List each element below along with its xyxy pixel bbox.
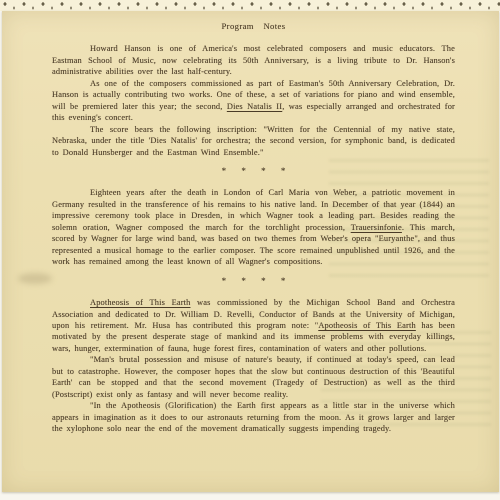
section-separator: * * * * <box>52 276 455 287</box>
paragraph: "In the Apotheosis (Glorification) the E… <box>52 400 455 434</box>
paper-sheet: Program NotesHoward Hanson is one of Ame… <box>2 11 499 492</box>
paragraph: Howard Hanson is one of America's most c… <box>52 43 455 77</box>
underlined-text: Apotheosis of This Earth <box>318 321 415 330</box>
underlined-text: Apotheosis of This Earth <box>90 298 190 307</box>
text-run: The score bears the following inscriptio… <box>52 125 455 157</box>
text-run: "Man's brutal possession and misuse of n… <box>52 355 455 398</box>
paragraph: Eighteen years after the death in London… <box>52 187 455 267</box>
underlined-text: Dies Natalis II <box>227 102 282 111</box>
paragraph: The score bears the following inscriptio… <box>52 124 455 158</box>
text-run: Howard Hanson is one of America's most c… <box>52 44 455 76</box>
paragraph: As one of the composers commissioned as … <box>52 78 455 124</box>
document-body: Program NotesHoward Hanson is one of Ame… <box>52 21 455 435</box>
underlined-text: Trauersinfonie <box>351 223 402 232</box>
page-title: Program Notes <box>52 21 455 32</box>
torn-perforation-edge <box>0 0 500 11</box>
paragraph: Apotheosis of This Earth was commissione… <box>52 297 455 354</box>
paragraph: "Man's brutal possession and misuse of n… <box>52 354 455 400</box>
text-run: "In the Apotheosis (Glorification) the E… <box>52 401 455 433</box>
section-separator: * * * * <box>52 166 455 177</box>
scanned-page: Program NotesHoward Hanson is one of Ame… <box>0 0 500 500</box>
paper-smudge <box>18 273 52 284</box>
